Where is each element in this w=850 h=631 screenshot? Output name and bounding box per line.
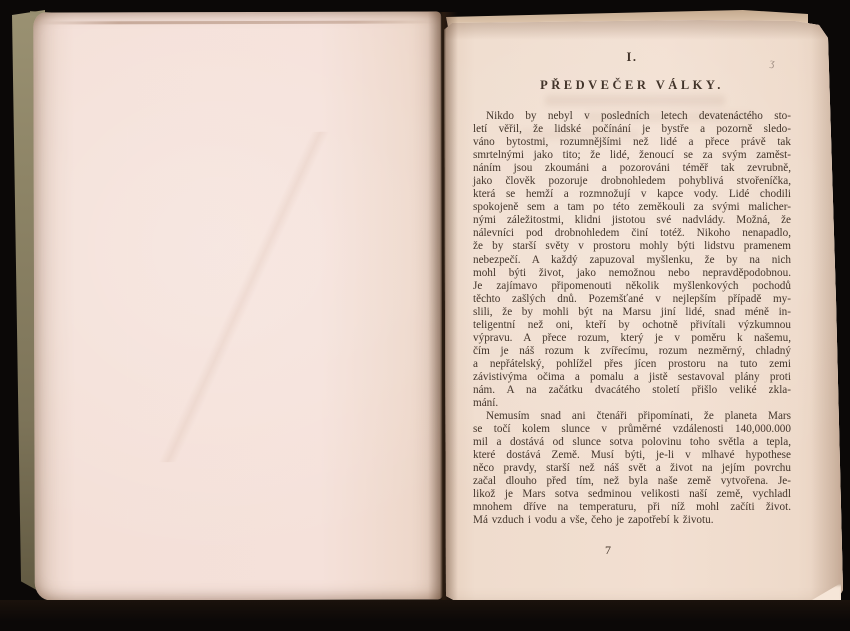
chapter-number: I. <box>473 50 791 64</box>
body-text-line: nebezpečí. A každý zapuzoval myšlenku, ž… <box>473 254 791 267</box>
body-text-line: začal dlouho před tím, než byla naše zem… <box>473 475 791 488</box>
chapter-title: PŘEDVEČER VÁLKY. <box>473 77 791 93</box>
body-text-line: váno bytostmi, rozumnějšími než lidé a p… <box>473 136 791 149</box>
body-text: Nikdo by nebyl v posledních letech devat… <box>473 110 791 528</box>
body-text-line: nám. A na začátku dvacátého století přiš… <box>473 384 791 397</box>
body-text-line: náním jsou zkoumáni a pozorováni téměř t… <box>473 162 791 175</box>
body-text-line: výpravu. A přece rozum, který je v poměr… <box>473 332 791 345</box>
body-text-line: které dostává Země. Musí býti, je-li v m… <box>473 449 791 462</box>
body-text-line: se točí kolem slunce v průměrné vzdáleno… <box>473 423 791 436</box>
body-text-line: něco pravdy, starší než náš svět a život… <box>473 462 791 475</box>
body-text-line: teligentní než oni, kteří by ochotně při… <box>473 319 791 332</box>
body-text-line: likož je Mars sotva sedminou velikosti n… <box>473 488 791 501</box>
body-text-line: závistivýma očima a pomalu a jistě sesta… <box>473 371 791 384</box>
body-text-line: těchto zašlých dnů. Pozemšťané v nejlepš… <box>473 293 791 306</box>
body-text-line: Nemusím snad ani čtenáři připomínati, že… <box>473 410 791 423</box>
body-text-line: že by starší světy v prostoru mohly býti… <box>473 240 791 253</box>
book-gutter <box>428 12 458 602</box>
body-text-line: mání. <box>473 397 791 410</box>
body-text-line: letí věřil, že lidské počínání je bystře… <box>473 123 791 136</box>
body-text-line: jako člověk pozoruje drobnohledem pohybl… <box>473 175 791 188</box>
body-text-line: spokojeně sem a tam po této zeměkouli za… <box>473 201 791 214</box>
body-text-line: která se hemží a rozmnožují v kapce vody… <box>473 188 791 201</box>
body-text-line: a nepřátelský, pohlížel přes jícen prost… <box>473 358 791 371</box>
left-page-crease <box>94 132 395 463</box>
page-text-column: I. PŘEDVEČER VÁLKY. Nikdo by nebyl v pos… <box>473 48 791 558</box>
body-text-line: čím je náš rozum k zvířecímu, rozum nezm… <box>473 345 791 358</box>
body-text-line: Má vzduch i vodu a vše, čeho je zapotřeb… <box>473 514 791 527</box>
body-text-line: slili, že by mohli být na Marsu jiní lid… <box>473 306 791 319</box>
body-text-line: mil a dostává od slunce sotva polovinu t… <box>473 436 791 449</box>
body-text-line: nými záležitostmi, klidni jistotou své n… <box>473 214 791 227</box>
background-shadow <box>0 600 850 631</box>
book-photo: ʒ I. PŘEDVEČER VÁLKY. Nikdo by nebyl v p… <box>0 0 850 631</box>
left-page-blank <box>33 11 443 600</box>
page-number: 7 <box>449 543 767 558</box>
right-page-edge-shadow <box>811 18 845 612</box>
body-text-line: Nikdo by nebyl v posledních letech devat… <box>473 110 791 123</box>
body-text-line: smrtelnými jako tito; že lidé, ženoucí s… <box>473 149 791 162</box>
body-text-line: nálevníci pod drobnohledem činí totéž. N… <box>473 227 791 240</box>
left-page-fold-line <box>39 20 435 24</box>
body-text-line: mnohem dříve na temperaturu, při níž moh… <box>473 501 791 514</box>
body-text-line: mohl býti život, jako nemožnou nebo nepr… <box>473 267 791 280</box>
body-text-line: Je zajímavo připomenouti několik myšlenk… <box>473 280 791 293</box>
